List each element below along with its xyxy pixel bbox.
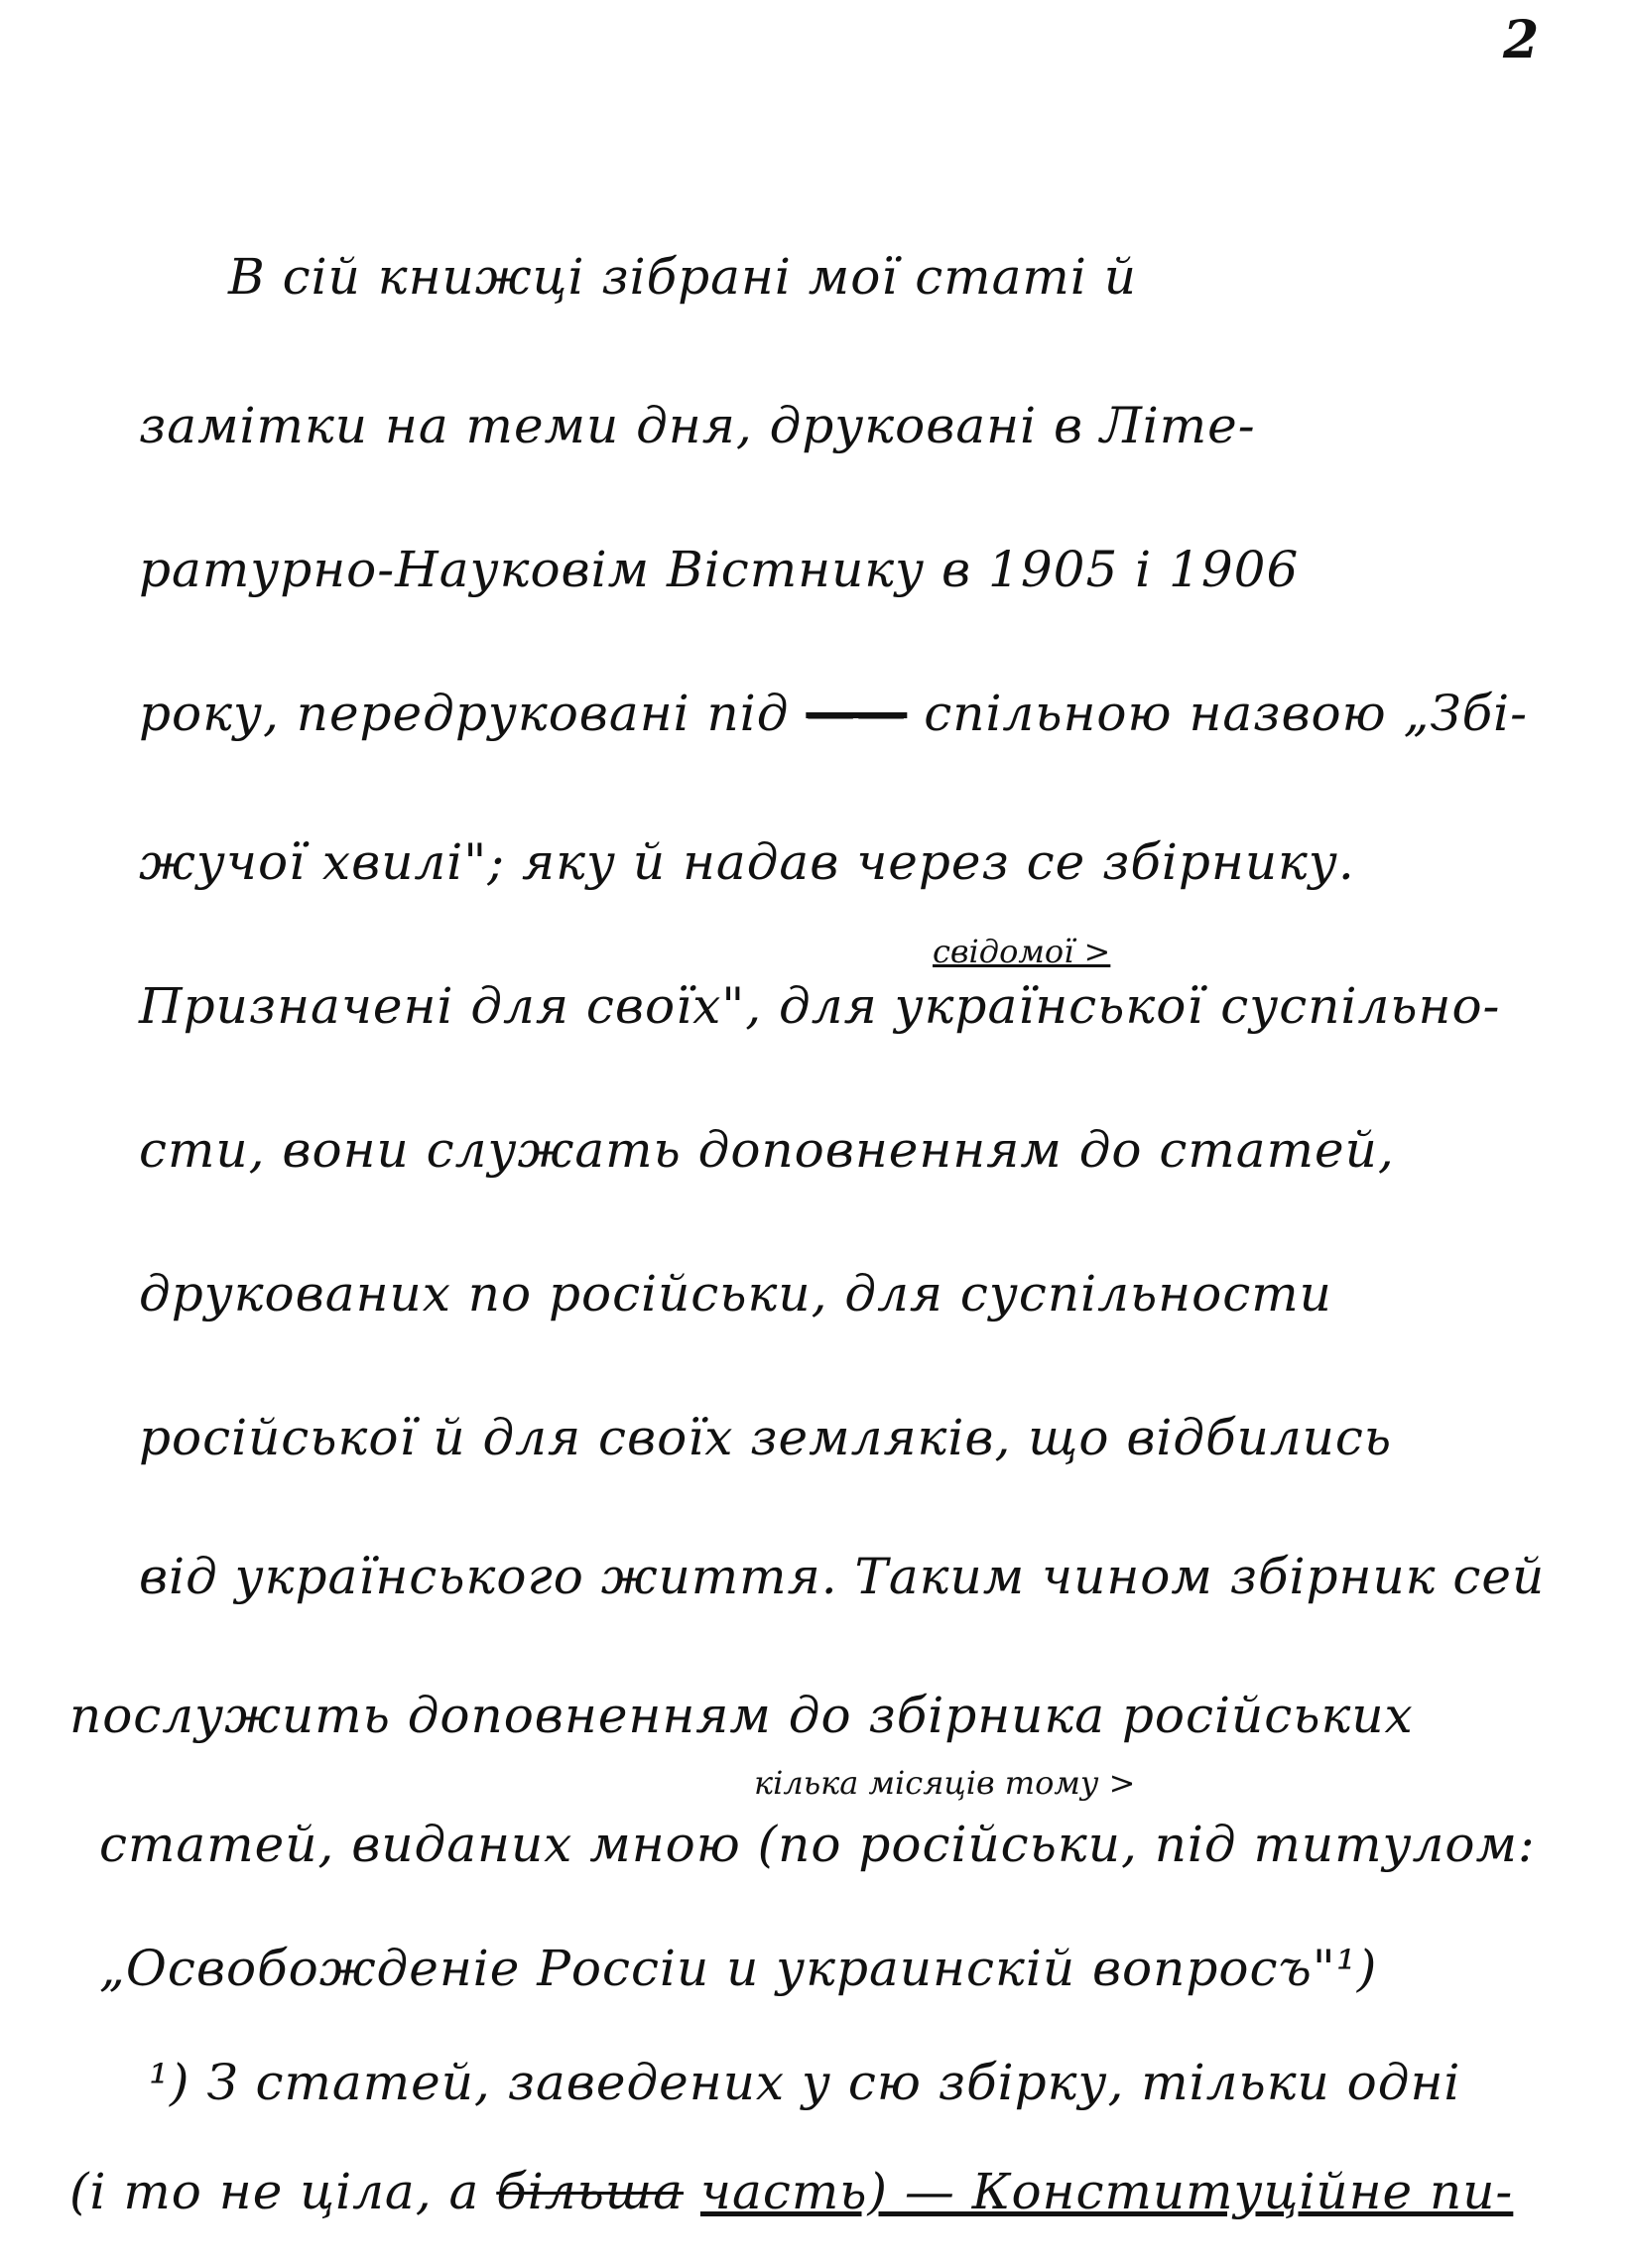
manuscript-line-7: сти, вони служать доповненням до статей, xyxy=(139,1121,1395,1179)
line-4-text: року, передруковані під xyxy=(139,685,789,742)
manuscript-line-6: Призначені для своїх", для української с… xyxy=(139,977,1500,1035)
manuscript-line-1: В сій книжці зібрані мої статі й xyxy=(228,248,1137,306)
footnote-text-cont: часть) — Конституційне пи- xyxy=(700,2163,1513,2220)
manuscript-line-11: послужить доповненням до збірника російс… xyxy=(69,1687,1414,1744)
footnote-line-1: ¹) З статей, заведених у сю збірку, тіль… xyxy=(149,2054,1460,2111)
insertion-text: кілька місяців тому > xyxy=(754,1764,1135,1802)
manuscript-line-3: ратурно-Науковім Вістнику в 1905 і 1906 xyxy=(139,541,1299,598)
manuscript-line-2: замітки на теми дня, друковані в Літе- xyxy=(139,397,1256,454)
insertion-text: свідомої > xyxy=(933,933,1110,970)
insertion-note-1: свідомої > xyxy=(933,933,1110,970)
line-4-text-cont: спільною назвою „Збі- xyxy=(924,685,1528,742)
footnote-text: (і то не ціла, а xyxy=(69,2163,479,2220)
struck-word: більша xyxy=(496,2163,684,2220)
insertion-note-2: кілька місяців тому > xyxy=(754,1764,1135,1802)
page-number: 2 xyxy=(1503,10,1539,70)
manuscript-line-5: жучої хвилі"; яку й надав через се збірн… xyxy=(139,833,1355,891)
manuscript-line-12: статей, виданих мною (по російськи, під … xyxy=(99,1816,1536,1873)
manuscript-line-9: російської й для своїх земляків, що відб… xyxy=(139,1409,1392,1466)
struck-word: —— xyxy=(806,685,907,742)
manuscript-line-4: року, передруковані під —— спільною назв… xyxy=(139,685,1528,742)
manuscript-line-8: друкованих по російськи, для суспільност… xyxy=(139,1265,1332,1323)
footnote-line-2: (і то не ціла, а більша часть) — Констит… xyxy=(69,2163,1513,2220)
manuscript-line-13: „Освобожденіе Россіи и украинскій вопрос… xyxy=(99,1940,1377,1997)
manuscript-line-10: від українського життя. Таким чином збір… xyxy=(139,1548,1545,1605)
